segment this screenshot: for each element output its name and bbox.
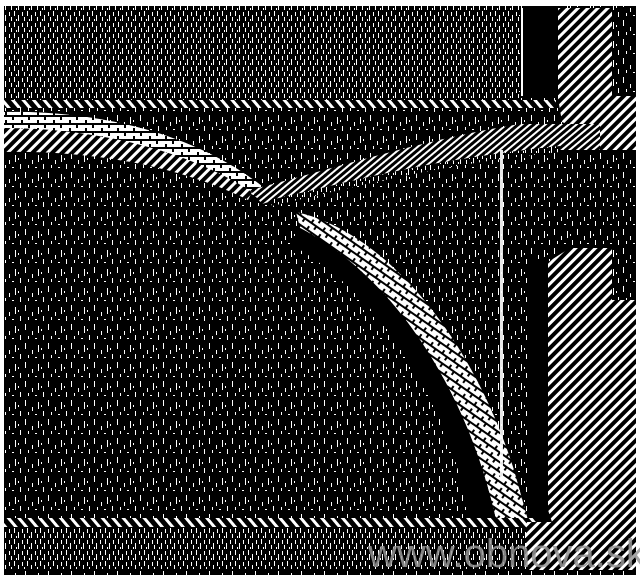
engraving-illustration: www.obnova.sk [0, 0, 640, 580]
vault-section-drawing [0, 0, 640, 580]
